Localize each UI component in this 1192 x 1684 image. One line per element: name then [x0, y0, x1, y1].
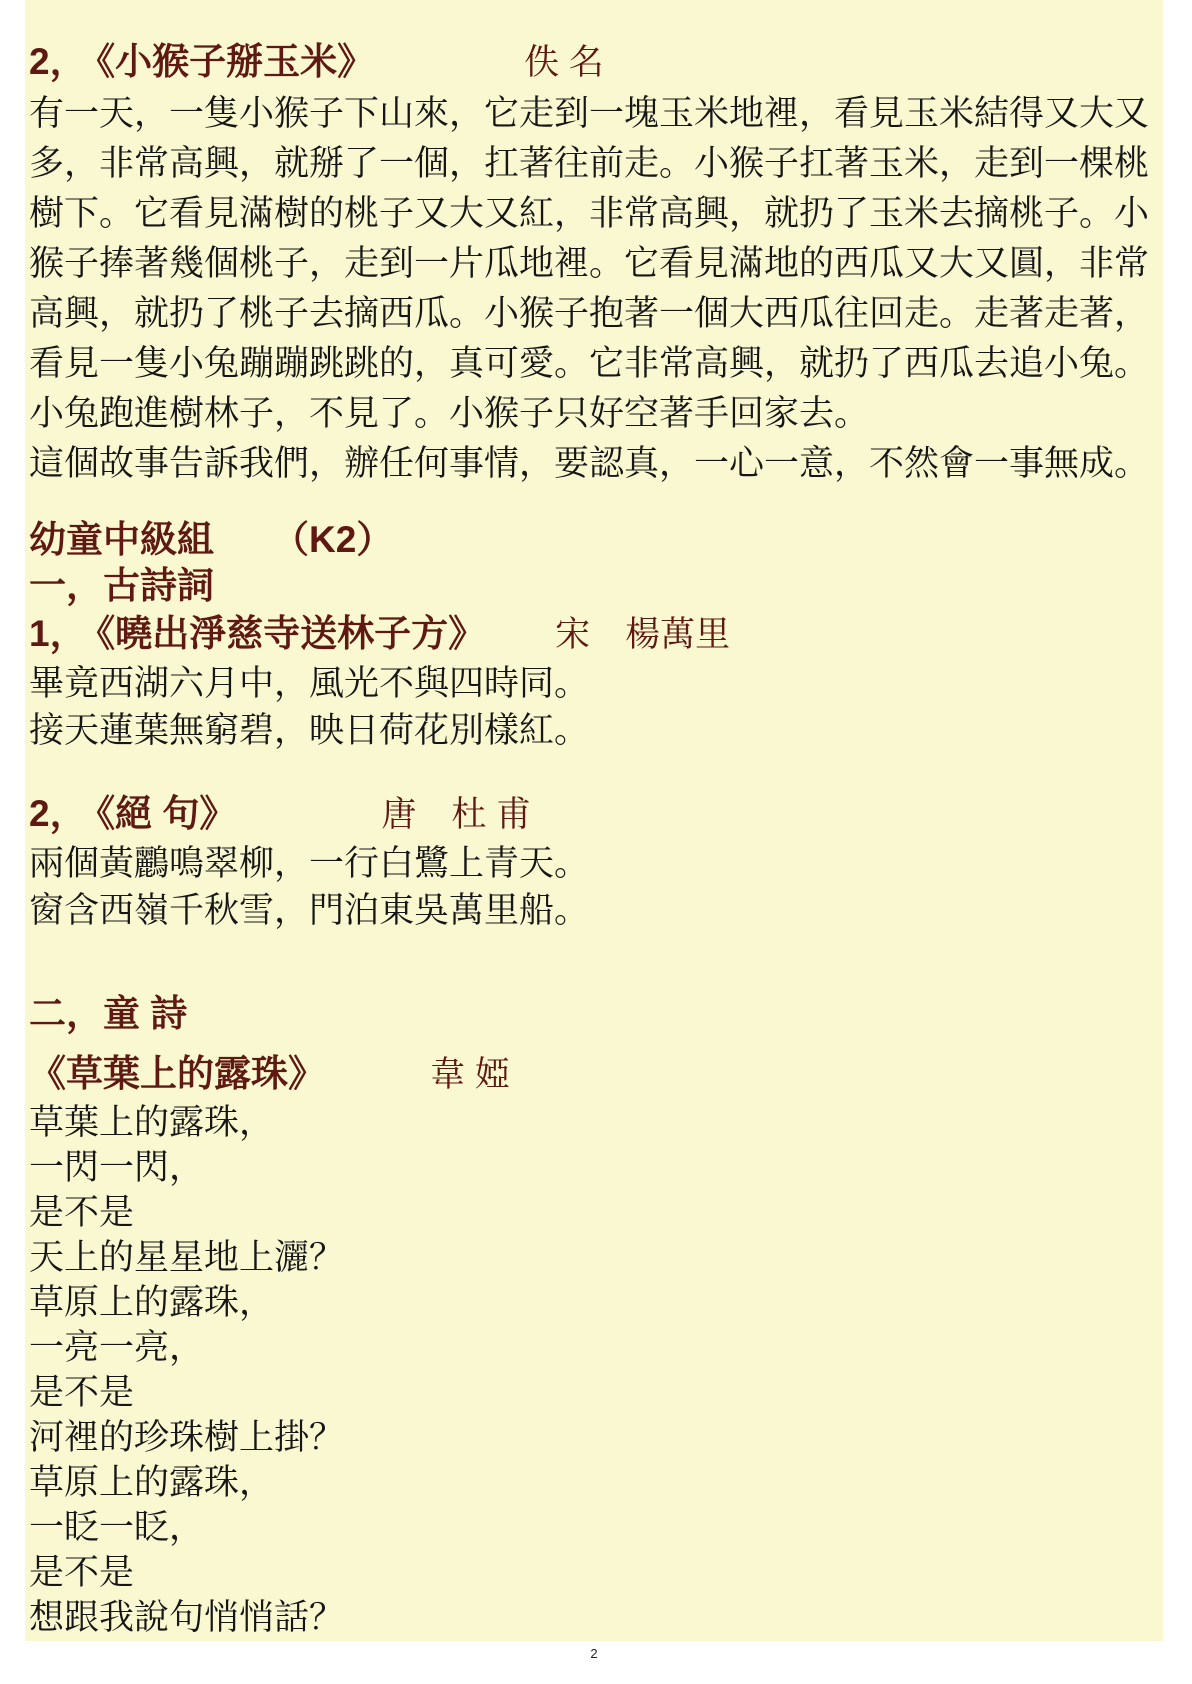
poem-line: 是不是: [29, 1190, 1157, 1235]
story-line: 這個故事告訴我們，辦任何事情，要認真，一心一意，不然會一事無成。: [29, 439, 1157, 489]
story-author: 佚 名: [524, 43, 604, 82]
poem-line: 河裡的珍珠樹上掛？: [29, 1415, 1157, 1460]
section1-heading: 一，古詩詞: [29, 563, 1157, 609]
poem-line: 一眨一眨，: [29, 1505, 1157, 1550]
poem-line: 草原上的露珠，: [29, 1460, 1157, 1505]
poem1-body: 畢竟西湖六月中，風光不與四時同。 接天蓮葉無窮碧，映日荷花別樣紅。: [29, 660, 1157, 754]
poem2-title: 《絕 句》: [97, 793, 237, 834]
poem-line: 是不是: [29, 1550, 1157, 1595]
poem1-title: 《曉出淨慈寺送林子方》: [97, 613, 486, 654]
section2-heading: 二，童 詩: [29, 991, 1157, 1037]
story-line: 有一天，一隻小猴子下山來，它走到一塊玉米地裡，看見玉米結得又大又: [29, 89, 1157, 139]
story-heading: 2，《小猴子掰玉米》佚 名: [29, 36, 1157, 89]
poem-line: 天上的星星地上灑？: [29, 1235, 1157, 1280]
page-number: 2: [25, 1646, 1163, 1661]
poem3-body: 草葉上的露珠， 一閃一閃， 是不是 天上的星星地上灑？ 草原上的露珠， 一亮一亮…: [29, 1100, 1157, 1640]
poem1-author: 宋 楊萬里: [555, 615, 730, 654]
poem2-heading: 2，《絕 句》唐 杜 甫: [29, 789, 1157, 840]
poem-line: 草葉上的露珠，: [29, 1100, 1157, 1145]
story-line: 看見一隻小兔蹦蹦跳跳的，真可愛。它非常高興，就扔了西瓜去追小兔。: [29, 339, 1157, 389]
poem1-number: 1，: [29, 613, 87, 654]
poem2-number: 2，: [29, 793, 87, 834]
story-line: 樹下。它看見滿樹的桃子又大又紅，非常高興，就扔了玉米去摘桃子。小: [29, 189, 1157, 239]
poem-line: 接天蓮葉無窮碧，映日荷花別樣紅。: [29, 707, 1157, 754]
poem3-heading: 《草葉上的露珠》韋 婭: [29, 1049, 1157, 1100]
poem-line: 想跟我說句悄悄話？: [29, 1595, 1157, 1640]
poem-line: 一閃一閃，: [29, 1145, 1157, 1190]
poem-line: 一亮一亮，: [29, 1325, 1157, 1370]
story-number: 2，: [29, 41, 87, 82]
poem-line: 是不是: [29, 1370, 1157, 1415]
poem2-body: 兩個黃鸝鳴翠柳，一行白鷺上青天。 窗含西嶺千秋雪，門泊東吳萬里船。: [29, 840, 1157, 934]
group-heading: 幼童中級組（K2）: [29, 517, 1157, 563]
poem2-author: 唐 杜 甫: [381, 795, 531, 834]
poem-line: 畢竟西湖六月中，風光不與四時同。: [29, 660, 1157, 707]
content-sheet: 2，《小猴子掰玉米》佚 名 有一天，一隻小猴子下山來，它走到一塊玉米地裡，看見玉…: [25, 0, 1163, 1641]
poem3-title: 《草葉上的露珠》: [29, 1053, 325, 1094]
story-line: 小兔跑進樹林子，不見了。小猴子只好空著手回家去。: [29, 389, 1157, 439]
poem3-author: 韋 婭: [430, 1055, 510, 1094]
story-title: 《小猴子掰玉米》: [97, 41, 375, 82]
poem1-heading: 1，《曉出淨慈寺送林子方》宋 楊萬里: [29, 609, 1157, 660]
poem-line: 兩個黃鸝鳴翠柳，一行白鷺上青天。: [29, 840, 1157, 887]
poem-line: 草原上的露珠，: [29, 1280, 1157, 1325]
group-name: 幼童中級組: [29, 519, 214, 560]
story-line: 高興，就扔了桃子去摘西瓜。小猴子抱著一個大西瓜往回走。走著走著，: [29, 289, 1157, 339]
story-paragraph: 有一天，一隻小猴子下山來，它走到一塊玉米地裡，看見玉米結得又大又 多，非常高興，…: [29, 89, 1157, 489]
poem-line: 窗含西嶺千秋雪，門泊東吳萬里船。: [29, 887, 1157, 934]
group-code: （K2）: [272, 519, 393, 560]
story-line: 猴子捧著幾個桃子，走到一片瓜地裡。它看見滿地的西瓜又大又圓，非常: [29, 239, 1157, 289]
story-line: 多，非常高興，就掰了一個，扛著往前走。小猴子扛著玉米，走到一棵桃: [29, 139, 1157, 189]
